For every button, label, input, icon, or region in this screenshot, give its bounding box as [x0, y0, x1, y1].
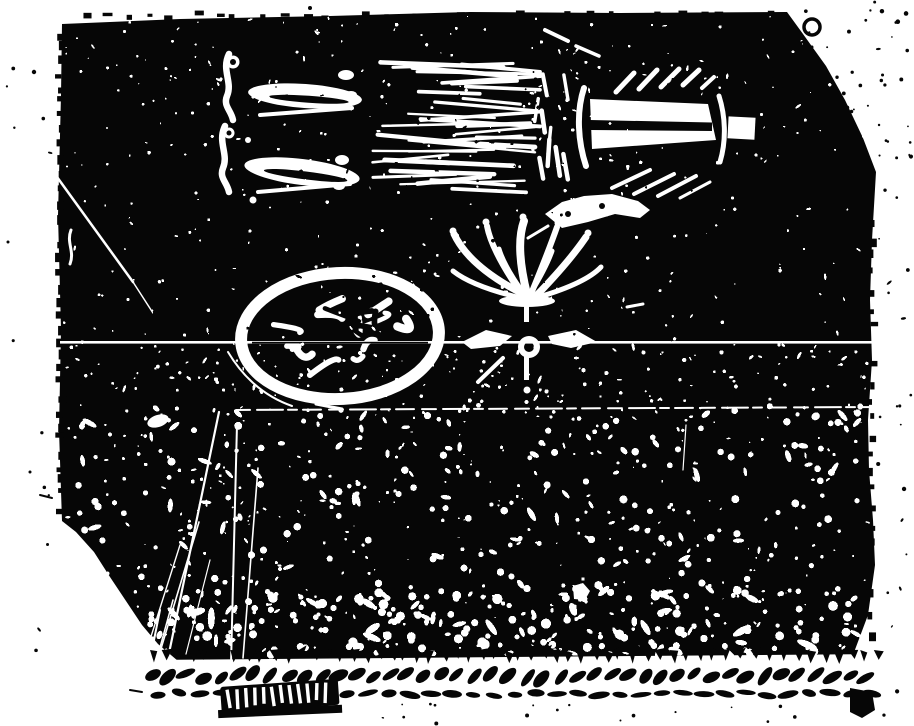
- halftone-photo: [0, 0, 914, 726]
- scratch-line-1: [60, 341, 872, 344]
- scan-page: [0, 0, 914, 726]
- torch-end-cap: [727, 116, 755, 139]
- urn-cup-rim: [499, 295, 555, 307]
